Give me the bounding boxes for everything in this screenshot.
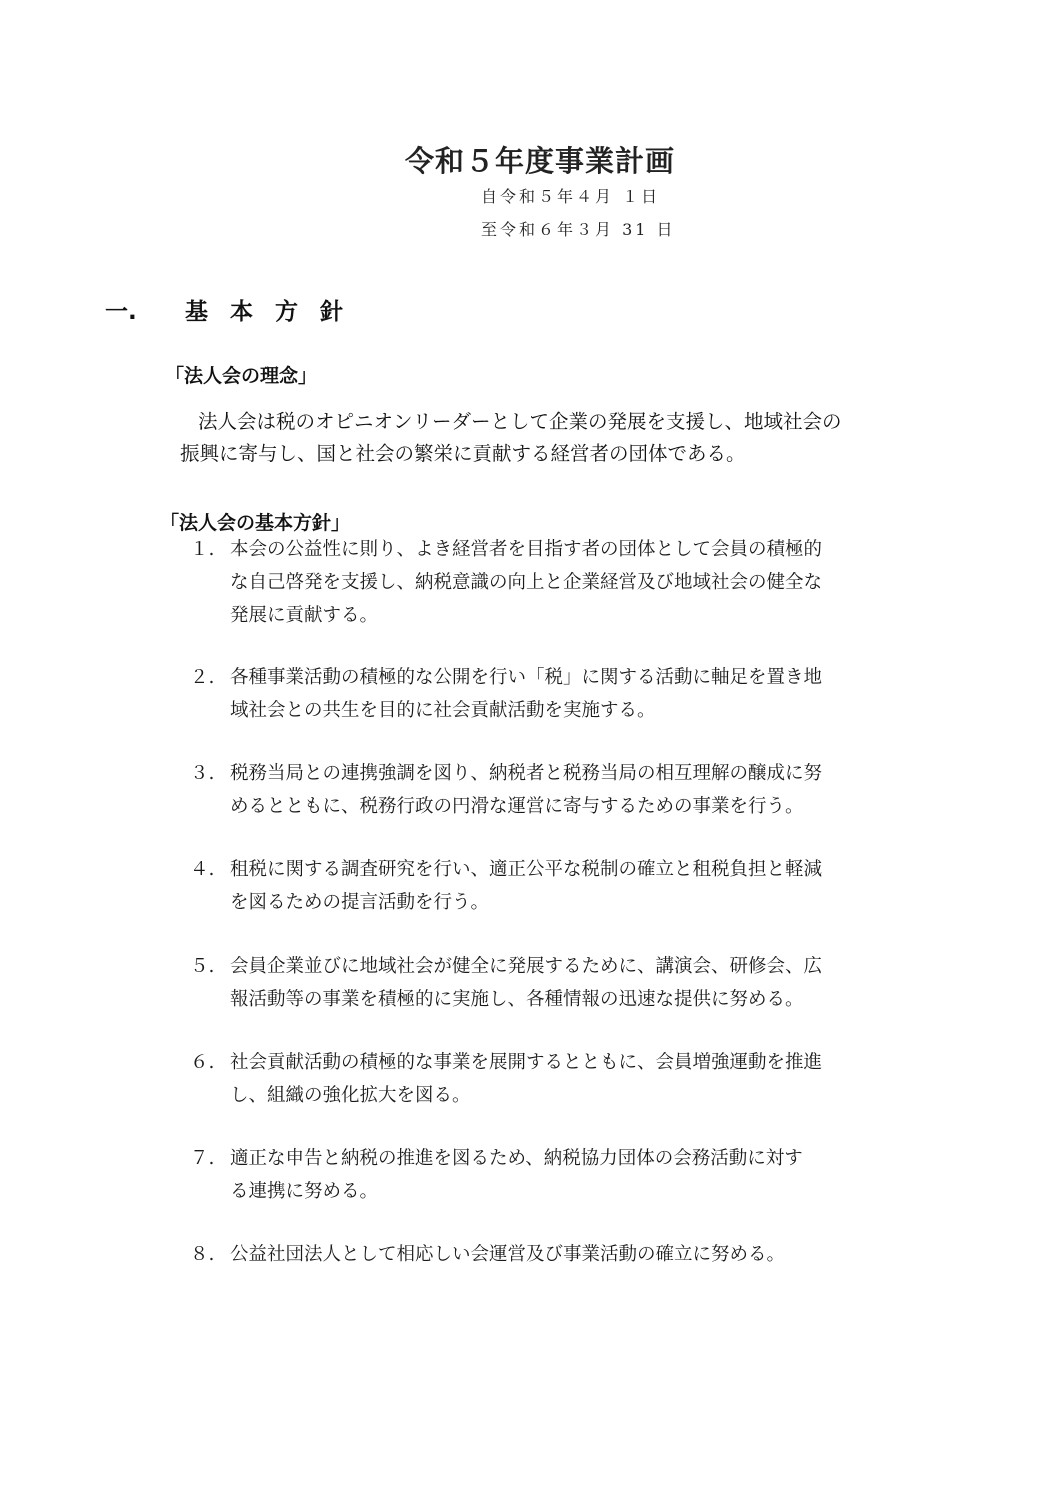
policy-item-number: ８. (190, 1238, 230, 1271)
section-number: 一. (105, 293, 185, 326)
policy-heading: 「法人会の基本方針」 (160, 508, 350, 535)
policy-item-number: ２. (190, 661, 230, 694)
policy-item-line: し、組織の強化拡大を図る。 (190, 1079, 950, 1112)
policy-item-line: 域社会との共生を目的に社会貢献活動を実施する。 (190, 694, 950, 727)
period-end: 至令和６年３月 31 日 (481, 217, 676, 240)
philosophy-line: 法人会は税のオピニオンリーダーとして企業の発展を支援し、地域社会の (180, 406, 940, 438)
philosophy-paragraph: 法人会は税のオピニオンリーダーとして企業の発展を支援し、地域社会の 振興に寄与し… (180, 406, 940, 470)
document-title: 令和５年度事業計画 (0, 139, 1058, 180)
policy-item: １. 本会の公益性に則り、よき経営者を目指す者の団体として会員の積極的 な自己啓… (190, 533, 950, 632)
policy-item-line: 租税に関する調査研究を行い、適正公平な税制の確立と租税負担と軽減 (230, 853, 822, 886)
policy-item-line: 税務当局との連携強調を図り、納税者と税務当局の相互理解の醸成に努 (230, 757, 822, 790)
policy-item-line: 会員企業並びに地域社会が健全に発展するために、講演会、研修会、広 (230, 950, 822, 983)
policy-item-line: る連携に努める。 (190, 1175, 950, 1208)
policy-item-line: 報活動等の事業を積極的に実施し、各種情報の迅速な提供に努める。 (190, 983, 950, 1016)
philosophy-heading: 「法人会の理念」 (165, 361, 317, 388)
policy-item-line: めるとともに、税務行政の円滑な運営に寄与するための事業を行う。 (190, 790, 950, 823)
policy-item: ４. 租税に関する調査研究を行い、適正公平な税制の確立と租税負担と軽減 を図るた… (190, 853, 950, 919)
policy-item-number: １. (190, 533, 230, 566)
period-start: 自令和５年４月 １日 (481, 184, 660, 207)
policy-item: ２. 各種事業活動の積極的な公開を行い「税」に関する活動に軸足を置き地 域社会と… (190, 661, 950, 727)
policy-item: ７. 適正な申告と納税の推進を図るため、納税協力団体の会務活動に対す る連携に努… (190, 1142, 950, 1208)
policy-item-line: な自己啓発を支援し、納税意識の向上と企業経営及び地域社会の健全な (190, 566, 950, 599)
policy-item: ６. 社会貢献活動の積極的な事業を展開するとともに、会員増強運動を推進 し、組織… (190, 1046, 950, 1112)
policy-item-number: ５. (190, 950, 230, 983)
philosophy-line: 振興に寄与し、国と社会の繁栄に貢献する経営者の団体である。 (180, 438, 940, 470)
policy-item-line: 公益社団法人として相応しい会運営及び事業活動の確立に努める。 (230, 1238, 785, 1271)
policy-item-line: 本会の公益性に則り、よき経営者を目指す者の団体として会員の積極的 (230, 533, 822, 566)
policy-item-line: 各種事業活動の積極的な公開を行い「税」に関する活動に軸足を置き地 (230, 661, 822, 694)
policy-item: ５. 会員企業並びに地域社会が健全に発展するために、講演会、研修会、広 報活動等… (190, 950, 950, 1016)
policy-item: ８. 公益社団法人として相応しい会運営及び事業活動の確立に努める。 (190, 1238, 950, 1271)
policy-item-number: ６. (190, 1046, 230, 1079)
policy-item-number: ４. (190, 853, 230, 886)
policy-item-line: 発展に貢献する。 (190, 599, 950, 632)
section-title: 基本方針 (185, 293, 365, 326)
policy-item-number: ３. (190, 757, 230, 790)
policy-item-number: ７. (190, 1142, 230, 1175)
policy-item-line: を図るための提言活動を行う。 (190, 886, 950, 919)
policy-item-line: 社会貢献活動の積極的な事業を展開するとともに、会員増強運動を推進 (230, 1046, 822, 1079)
section-heading: 一. 基本方針 (105, 293, 365, 326)
policy-item: ３. 税務当局との連携強調を図り、納税者と税務当局の相互理解の醸成に努 めるとと… (190, 757, 950, 823)
policy-item-line: 適正な申告と納税の推進を図るため、納税協力団体の会務活動に対す (230, 1142, 803, 1175)
document-page: 令和５年度事業計画 自令和５年４月 １日 至令和６年３月 31 日 一. 基本方… (0, 0, 1058, 1497)
